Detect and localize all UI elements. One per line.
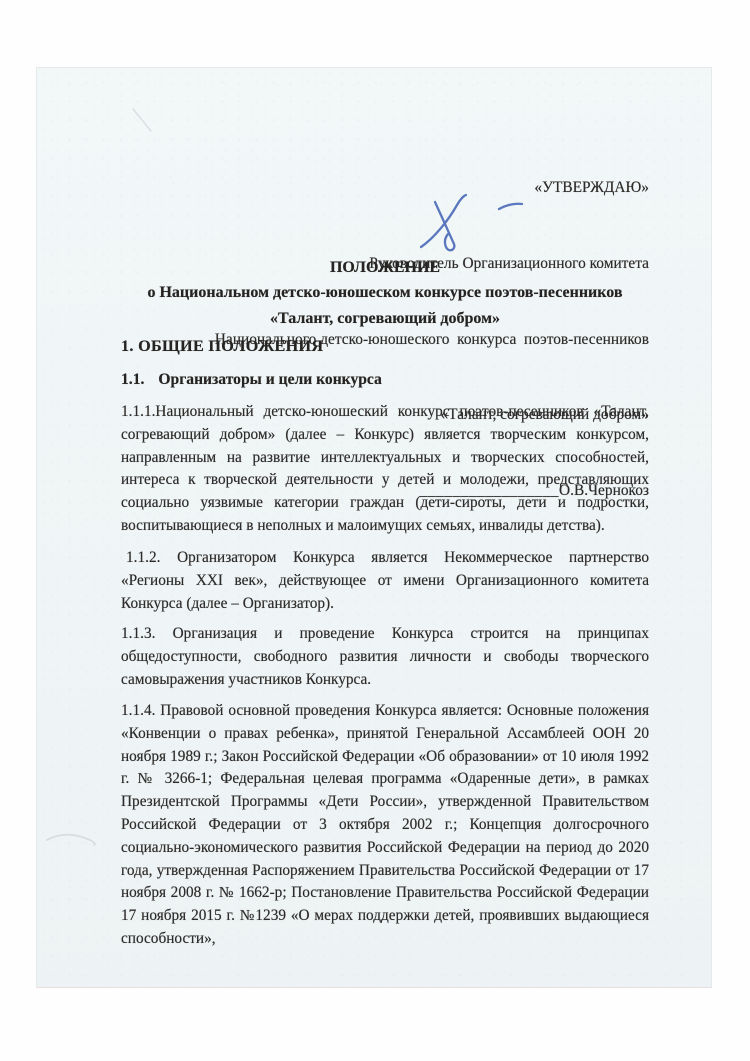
subsection-number: 1.1. — [121, 371, 144, 388]
document-page: «УТВЕРЖДАЮ» Руководитель Организационног… — [36, 67, 712, 988]
approval-stamp-line: «УТВЕРЖДАЮ» — [89, 175, 649, 200]
document-subtitle: о Национальном детско-юношеском конкурсе… — [121, 280, 649, 305]
paragraph-1-1-1: 1.1.1.Национальный детско-юношеский конк… — [121, 401, 649, 538]
document-subtitle-quote: «Талант, согревающий добром» — [121, 306, 649, 331]
document-title: ПОЛОЖЕНИЕ — [121, 255, 649, 280]
section-heading: 1. ОБЩИЕ ПОЛОЖЕНИЯ — [121, 335, 649, 358]
paragraph-1-1-4: 1.1.4. Правовой основной проведения Конк… — [121, 700, 649, 951]
subsection-heading: 1.1.Организаторы и цели конкурса — [121, 369, 649, 392]
document-title-block: ПОЛОЖЕНИЕ о Национальном детско-юношеско… — [121, 255, 649, 331]
subsection-title: Организаторы и цели конкурса — [158, 371, 381, 388]
paragraph-1-1-3: 1.1.3. Организация и проведение Конкурса… — [121, 623, 649, 691]
paragraph-1-1-2: 1.1.2. Организатором Конкурса является Н… — [121, 547, 649, 615]
